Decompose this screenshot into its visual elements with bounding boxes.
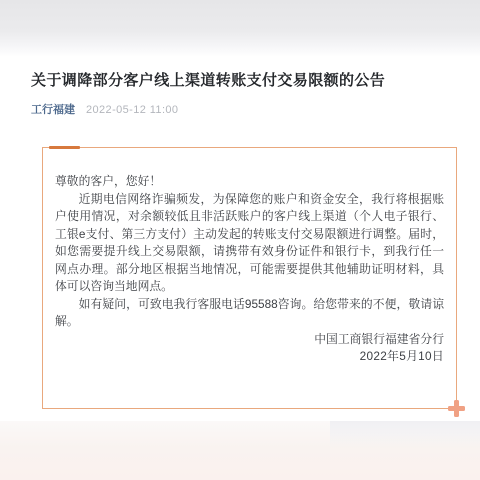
notice-paragraph: 近期电信网络诈骗频发，为保障您的账户和资金安全，我行将根据账户使用情况，对余额较… [55,191,444,296]
accent-bar [49,146,80,149]
blurred-top-area [0,0,480,57]
signature: 中国工商银行福建省分行 [55,331,444,349]
announcement-page: 关于调降部分客户线上渠道转账支付交易限额的公告 工行福建2022-05-12 1… [0,0,480,480]
page-title: 关于调降部分客户线上渠道转账支付交易限额的公告 [31,71,451,91]
notice-body: 尊敬的客户，您好！ 近期电信网络诈骗频发，为保障您的账户和资金安全，我行将根据账… [55,173,444,366]
bottom-gray-patch [330,421,480,449]
publish-timestamp: 2022-05-12 11:00 [86,104,178,116]
notice-paragraph: 如有疑问，可致电我行客服电话95588咨询。给您带来的不便，敬请谅解。 [55,296,444,331]
notice-card: 尊敬的客户，您好！ 近期电信网络诈骗频发，为保障您的账户和资金安全，我行将根据账… [42,147,457,409]
signature-date: 2022年5月10日 [55,348,444,366]
plus-corner-icon [448,400,465,417]
blurred-bottom-area [0,421,480,480]
article-meta: 工行福建2022-05-12 11:00 [31,103,178,117]
greeting-line: 尊敬的客户，您好！ [55,173,444,191]
plus-vertical-bar [454,400,459,417]
source-tag[interactable]: 工行福建 [31,104,75,116]
